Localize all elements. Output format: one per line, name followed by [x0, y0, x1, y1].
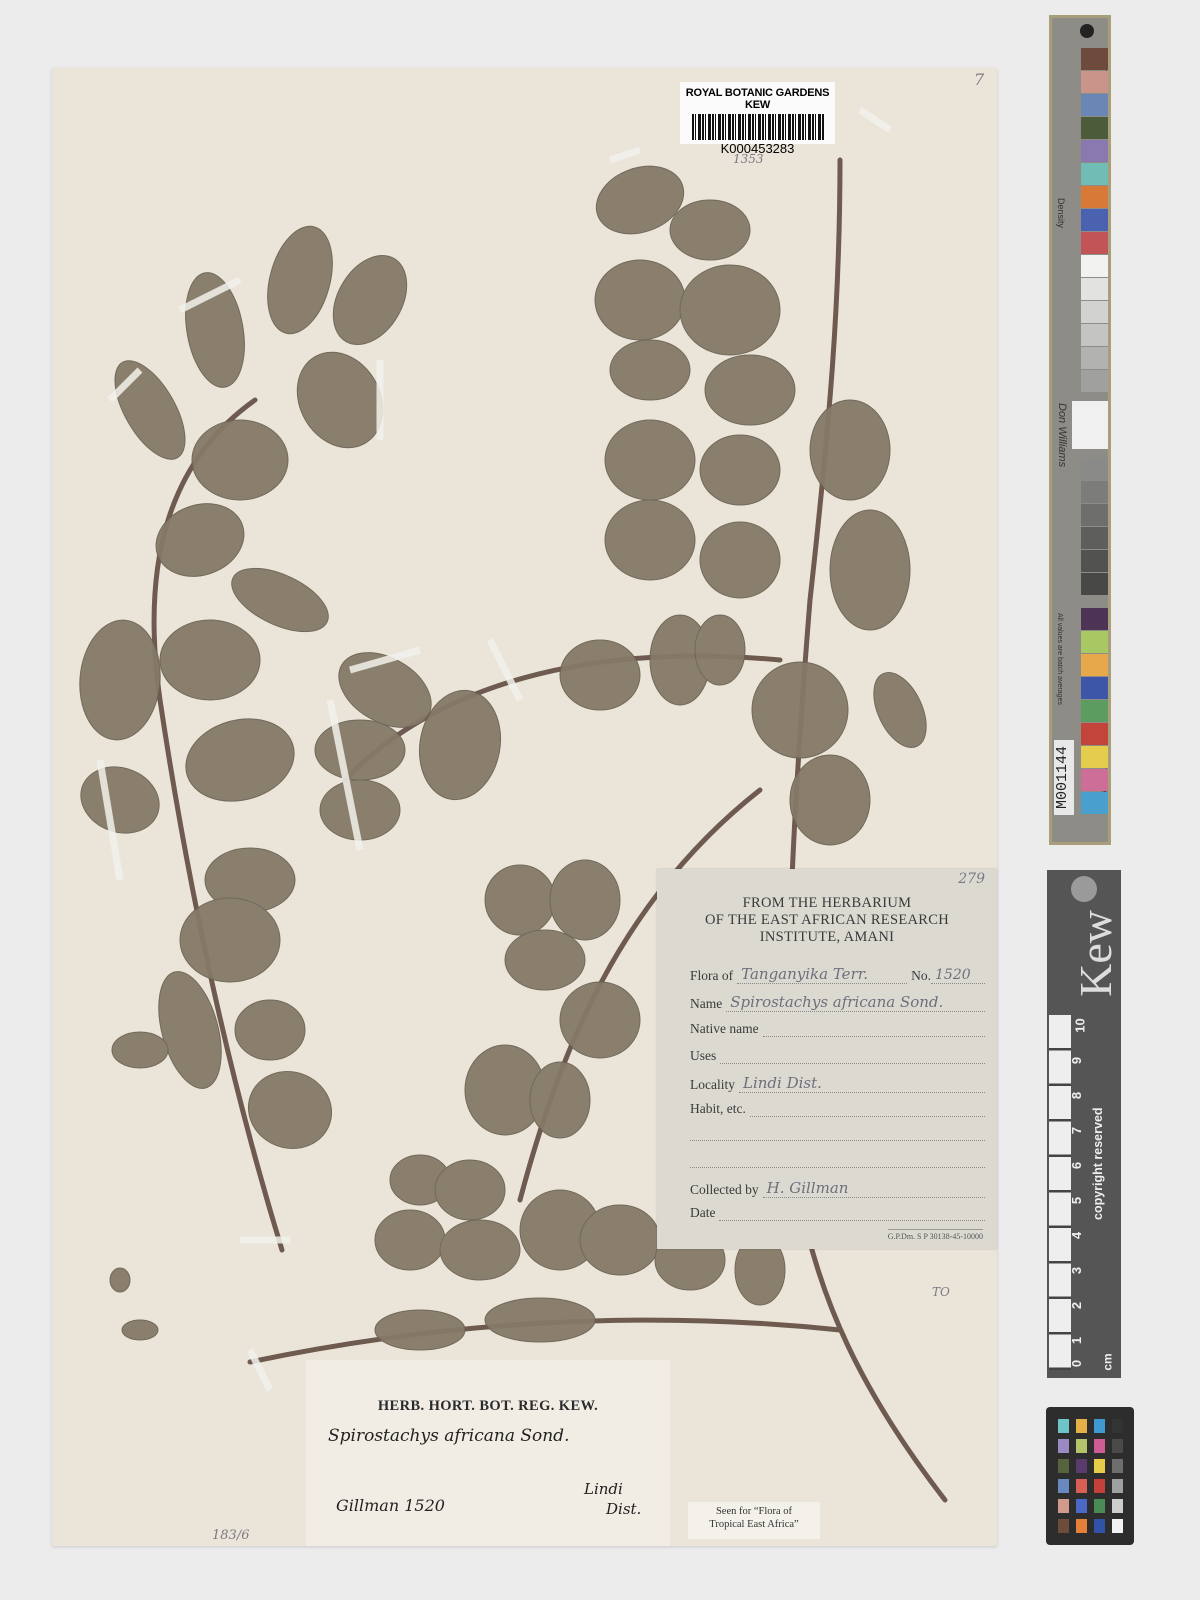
ruler-number: 6: [1069, 1162, 1084, 1169]
color-chip: [1094, 1439, 1105, 1453]
color-chip: [1076, 1479, 1087, 1493]
color-chip: [1076, 1519, 1087, 1533]
royal-crest-icon: [1071, 876, 1097, 902]
ruler-number: 9: [1069, 1057, 1084, 1064]
color-chip: [1094, 1519, 1105, 1533]
density-label: Density: [1056, 198, 1066, 228]
gray-patch: [1081, 458, 1108, 480]
color-chip: [1112, 1419, 1123, 1433]
pencil-note-top-right: 7: [974, 70, 984, 89]
color-patch: [1081, 746, 1108, 768]
color-patch: [1081, 140, 1108, 162]
color-chip: [1058, 1419, 1069, 1433]
color-chip: [1058, 1459, 1069, 1473]
ftea-seen-label: Seen for “Flora of Tropical East Africa”: [688, 1502, 820, 1539]
kew-barcode-label: ROYAL BOTANIC GARDENS KEW K000453283: [680, 82, 835, 144]
color-chip: [1094, 1419, 1105, 1433]
ruler-number: 3: [1069, 1267, 1084, 1274]
kew-label-collector: Gillman 1520: [336, 1496, 445, 1515]
amani-herbarium-label: 279 FROM THE HERBARIUM OF THE EAST AFRIC…: [657, 869, 997, 1249]
blank-line: [690, 1139, 985, 1141]
color-patch: [1081, 232, 1108, 254]
color-chip: [1076, 1499, 1087, 1513]
color-patch: [1081, 608, 1108, 630]
color-patch: [1081, 209, 1108, 231]
gray-patch: [1081, 255, 1108, 277]
kew-label-heading: HERB. HORT. BOT. REG. KEW.: [306, 1398, 670, 1415]
color-chip: [1058, 1479, 1069, 1493]
color-patch: [1081, 792, 1108, 814]
pencil-note-amani-corner: 279: [958, 871, 985, 887]
cm-unit-label: cm: [1101, 1353, 1115, 1370]
color-patch: [1081, 677, 1108, 699]
color-patch: [1081, 631, 1108, 653]
color-chip: [1094, 1499, 1105, 1513]
ruler-number: 10: [1073, 1018, 1088, 1032]
color-chip: [1112, 1519, 1123, 1533]
cm-scale-bar: [1049, 1015, 1071, 1370]
blank-line: [690, 1166, 985, 1168]
color-chip: [1094, 1479, 1105, 1493]
gray-patch: [1081, 347, 1108, 369]
color-patch: [1081, 117, 1108, 139]
gray-patch: [1081, 527, 1108, 549]
barcode-bars: [692, 114, 824, 140]
kew-label-species: Spirostachys africana Sond.: [328, 1426, 569, 1446]
copyright-text: copyright reserved: [1091, 1020, 1105, 1220]
field-locality: Locality Lindi Dist.: [690, 1074, 985, 1093]
color-chip: [1094, 1459, 1105, 1473]
field-uses: Uses: [690, 1048, 985, 1064]
gray-patch: [1081, 370, 1108, 392]
barcode-institution: ROYAL BOTANIC GARDENS KEW: [680, 87, 835, 111]
color-patch: [1081, 186, 1108, 208]
gray-patch: [1081, 504, 1108, 526]
color-chip: [1058, 1519, 1069, 1533]
pencil-note-right-margin: TO: [932, 1285, 950, 1299]
ruler-number: 7: [1069, 1127, 1084, 1134]
field-date: Date: [690, 1205, 985, 1221]
pencil-note-bottom-left: 183/6: [212, 1528, 249, 1543]
color-chip: [1058, 1499, 1069, 1513]
gray-patch: [1081, 324, 1108, 346]
field-habit: Habit, etc.: [690, 1101, 985, 1117]
kew-label-locality-2: Dist.: [606, 1500, 641, 1518]
gray-patch: [1081, 481, 1108, 503]
ruler-number: 4: [1069, 1232, 1084, 1239]
gray-patch: [1081, 573, 1108, 595]
print-code: G.P.Dm. S P 30138-45-10000: [888, 1229, 983, 1241]
gray-patch: [1081, 550, 1108, 572]
ruler-number: 8: [1069, 1092, 1084, 1099]
ruler-number: 0: [1069, 1360, 1084, 1367]
color-patch: [1081, 94, 1108, 116]
gray-patch: [1081, 301, 1108, 323]
color-chip: [1076, 1439, 1087, 1453]
kew-logo: Kew: [1069, 910, 1122, 997]
color-chip: [1112, 1499, 1123, 1513]
color-patch: [1081, 48, 1108, 70]
gray-patch: [1081, 278, 1108, 300]
color-chip: [1076, 1419, 1087, 1433]
field-collected-by: Collected by H. Gillman: [690, 1179, 985, 1198]
color-patch: [1081, 71, 1108, 93]
color-patch: [1081, 769, 1108, 791]
strip-note: All values are batch averages: [1056, 613, 1063, 705]
kew-scale-ruler: Kew copyright reserved 10 9 8 7 6 5 4 3 …: [1047, 870, 1121, 1378]
strip-brand: Don Williams: [1056, 403, 1068, 467]
amani-label-heading: FROM THE HERBARIUM OF THE EAST AFRICAN R…: [657, 895, 997, 946]
color-patch: [1081, 700, 1108, 722]
color-patch: [1081, 654, 1108, 676]
ruler-number: 5: [1069, 1197, 1084, 1204]
color-chip: [1058, 1439, 1069, 1453]
ruler-number: 2: [1069, 1302, 1084, 1309]
color-chip: [1112, 1459, 1123, 1473]
kew-label-locality-1: Lindi: [584, 1480, 623, 1498]
color-patch: [1081, 163, 1108, 185]
kew-herbarium-label: HERB. HORT. BOT. REG. KEW. Spirostachys …: [306, 1360, 670, 1546]
strip-code-label: M001144: [1054, 740, 1074, 815]
color-patch: [1081, 723, 1108, 745]
color-chip: [1112, 1479, 1123, 1493]
color-chip: [1112, 1439, 1123, 1453]
ruler-number: 1: [1069, 1337, 1084, 1344]
field-name: Name Spirostachys africana Sond.: [690, 993, 985, 1012]
color-calibration-strip: Density Don Williams All values are batc…: [1049, 15, 1111, 845]
color-checker-card: [1046, 1407, 1134, 1545]
field-native-name: Native name: [690, 1021, 985, 1037]
strip-hole: [1080, 24, 1094, 38]
color-chip: [1076, 1459, 1087, 1473]
scale-target: [1072, 401, 1108, 449]
pencil-note-near-barcode: 1353: [733, 152, 764, 166]
field-flora: Flora of Tanganyika Terr. No. 1520: [690, 965, 985, 984]
